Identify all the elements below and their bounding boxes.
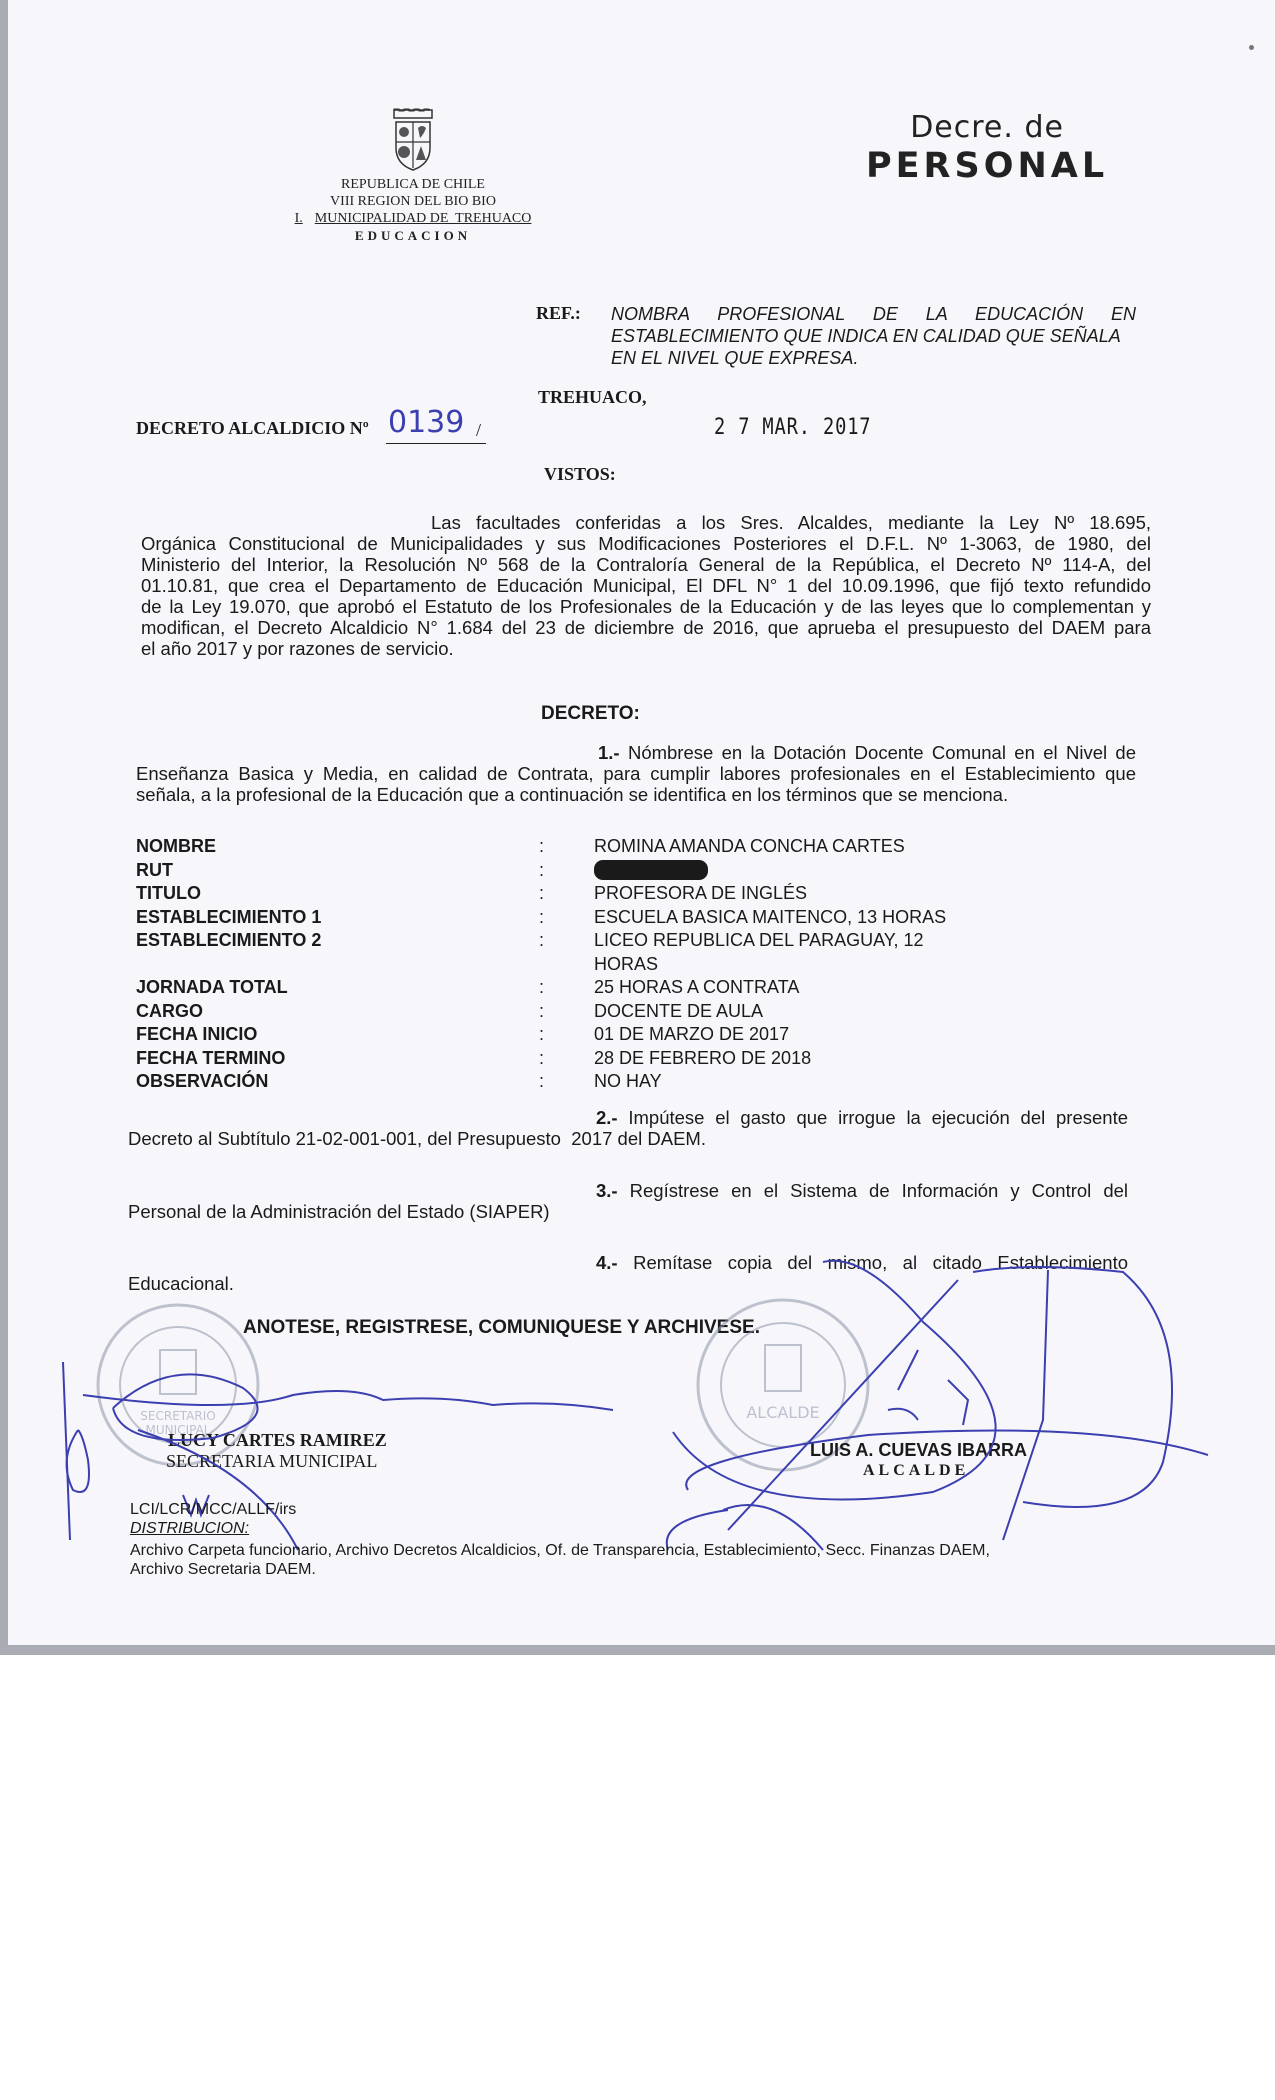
municipality-name: MUNICIPALIDAD DE TREHUACO: [315, 211, 532, 226]
field-label: NOMBRE: [136, 835, 539, 859]
item-1-number: 1.-: [598, 742, 620, 763]
vistos-line: Ministerio del Interior, la Resolución N…: [141, 554, 1151, 575]
field-value: ESCUELA BASICA MAITENCO, 13 HORAS: [594, 906, 956, 930]
field-value: 28 DE FEBRERO DE 2018: [594, 1047, 956, 1071]
item-3-line: Personal de la Administración del Estado…: [128, 1201, 1128, 1222]
decree-label: DECRETO ALCALDICIO Nº: [136, 418, 369, 439]
field-label: FECHA INICIO: [136, 1023, 539, 1047]
vistos-heading: VISTOS:: [544, 464, 616, 485]
field-row-establecimiento-2: ESTABLECIMIENTO 2 : LICEO REPUBLICA DEL …: [136, 929, 956, 976]
item-4-line: Educacional.: [128, 1273, 1128, 1294]
distribution-heading: DISTRIBUCION:: [130, 1519, 1130, 1538]
field-colon: :: [539, 1047, 594, 1071]
stamp-line-1: Decre. de: [866, 110, 1108, 146]
field-value: DOCENTE DE AULA: [594, 1000, 956, 1024]
item-1-paragraph: 1.- Nómbrese en la Dotación Docente Comu…: [136, 742, 1136, 805]
ref-text: NOMBRA PROFESIONAL DE LA EDUCACIÓN EN ES…: [611, 303, 1136, 369]
signatures-layer: [8, 0, 1275, 1645]
field-colon: :: [539, 835, 594, 859]
field-colon: :: [539, 976, 594, 1000]
country-label: REPUBLICA DE CHILE: [263, 176, 563, 193]
vistos-line: modifican, el Decreto Alcaldicio N° 1.68…: [141, 617, 1151, 638]
place-label: TREHUACO,: [538, 387, 647, 408]
mayor-name: LUIS A. CUEVAS IBARRA: [810, 1440, 1027, 1461]
item-4-number: 4.-: [596, 1252, 618, 1273]
item-1-line: Nómbrese en la Dotación Docente Comunal …: [628, 742, 1136, 763]
letterhead: REPUBLICA DE CHILE VIII REGION DEL BIO B…: [263, 108, 563, 244]
initials: LCI/LCR/MCC/ALLF/irs: [130, 1500, 1130, 1519]
field-colon: :: [539, 906, 594, 930]
document-type-stamp: Decre. de PERSONAL: [866, 110, 1108, 186]
field-colon: :: [539, 859, 594, 883]
field-label: FECHA TERMINO: [136, 1047, 539, 1071]
field-row-titulo: TITULO : PROFESORA DE INGLÉS: [136, 882, 956, 906]
distribution-line: Archivo Secretaria DAEM.: [130, 1560, 1130, 1579]
field-value: ROMINA AMANDA CONCHA CARTES: [594, 835, 956, 859]
item-3-paragraph: 3.- Regístrese en el Sistema de Informac…: [128, 1180, 1128, 1222]
svg-text:ALCALDE: ALCALDE: [746, 1403, 819, 1422]
field-label: CARGO: [136, 1000, 539, 1024]
ref-label: REF.:: [536, 303, 581, 324]
field-row-fecha-inicio: FECHA INICIO : 01 DE MARZO DE 2017: [136, 1023, 956, 1047]
vistos-line: de la Ley 19.070, que aprobó el Estatuto…: [141, 596, 1151, 617]
document-page: REPUBLICA DE CHILE VIII REGION DEL BIO B…: [8, 0, 1275, 1645]
field-colon: :: [539, 1070, 594, 1094]
field-colon: :: [539, 929, 594, 976]
ref-line: EN EL NIVEL QUE EXPRESA.: [611, 347, 1136, 369]
secretary-title: SECRETARIA MUNICIPAL: [166, 1451, 377, 1472]
field-label: ESTABLECIMIENTO 1: [136, 906, 539, 930]
scan-speck: [1249, 45, 1254, 50]
decreto-heading: DECRETO:: [541, 703, 640, 725]
item-1-line: Enseñanza Basica y Media, en calidad de …: [136, 763, 1136, 784]
coat-of-arms-icon: [388, 108, 438, 172]
item-2-line: Decreto al Subtítulo 21-02-001-001, del …: [128, 1128, 1128, 1149]
item-3-number: 3.-: [596, 1180, 618, 1201]
vistos-line: el año 2017 y por razones de servicio.: [141, 638, 1151, 659]
closing-statement: ANOTESE, REGISTRESE, COMUNIQUESE Y ARCHI…: [243, 1317, 760, 1339]
field-colon: :: [539, 1000, 594, 1024]
field-value: 25 HORAS A CONTRATA: [594, 976, 956, 1000]
date-stamp: 2 7 MAR. 2017: [714, 415, 871, 440]
field-value: 01 DE MARZO DE 2017: [594, 1023, 956, 1047]
seal-text: SECRETARIO: [140, 1409, 215, 1423]
secretary-name: LUCY CARTES RAMIREZ: [168, 1430, 387, 1451]
field-label: OBSERVACIÓN: [136, 1070, 539, 1094]
department-label: EDUCACION: [263, 227, 563, 244]
ref-line: NOMBRA PROFESIONAL DE LA EDUCACIÓN EN: [611, 303, 1136, 325]
mayor-title: ALCALDE: [863, 1462, 969, 1480]
field-colon: :: [539, 882, 594, 906]
vistos-line: Orgánica Constitucional de Municipalidad…: [141, 533, 1151, 554]
decree-number-handwritten: 0139: [388, 405, 464, 440]
vistos-line: Las facultades conferidas a los Sres. Al…: [431, 512, 1151, 533]
distribution-line: Archivo Carpeta funcionario, Archivo Dec…: [130, 1541, 1130, 1560]
item-4-line: Remítase copia del mismo, al citado Esta…: [633, 1252, 1128, 1273]
item-1-line: señala, a la profesional de la Educación…: [136, 784, 1136, 805]
vistos-paragraph: Las facultades conferidas a los Sres. Al…: [141, 512, 1151, 659]
field-row-jornada-total: JORNADA TOTAL : 25 HORAS A CONTRATA: [136, 976, 956, 1000]
appointee-fields: NOMBRE : ROMINA AMANDA CONCHA CARTES RUT…: [136, 835, 956, 1094]
vistos-line: 01.10.81, que crea el Departamento de Ed…: [141, 575, 1151, 596]
redacted-rut-value: 17.637.363-6: [594, 860, 708, 880]
item-2-number: 2.-: [596, 1107, 618, 1128]
field-row-establecimiento-1: ESTABLECIMIENTO 1 : ESCUELA BASICA MAITE…: [136, 906, 956, 930]
field-colon: :: [539, 1023, 594, 1047]
municipality-prefix: I.: [295, 211, 303, 226]
municipality-label: I.MUNICIPALIDAD DE TREHUACO: [263, 210, 563, 227]
ref-line: ESTABLECIMIENTO QUE INDICA EN CALIDAD QU…: [611, 325, 1136, 347]
item-3-line: Regístrese en el Sistema de Información …: [630, 1180, 1128, 1201]
field-value: NO HAY: [594, 1070, 956, 1094]
seals-layer: SECRETARIO MUNICIPAL ALCALDE: [8, 0, 1275, 1645]
stamp-line-2: PERSONAL: [866, 146, 1108, 186]
field-value: PROFESORA DE INGLÉS: [594, 882, 956, 906]
item-2-line: Impútese el gasto que irrogue la ejecuci…: [628, 1107, 1128, 1128]
field-row-cargo: CARGO : DOCENTE DE AULA: [136, 1000, 956, 1024]
field-row-nombre: NOMBRE : ROMINA AMANDA CONCHA CARTES: [136, 835, 956, 859]
field-label: JORNADA TOTAL: [136, 976, 539, 1000]
decree-suffix: /: [476, 420, 481, 441]
field-label: TITULO: [136, 882, 539, 906]
field-label: ESTABLECIMIENTO 2: [136, 929, 539, 976]
footer: LCI/LCR/MCC/ALLF/irs DISTRIBUCION: Archi…: [130, 1500, 1130, 1579]
field-label: RUT: [136, 859, 539, 883]
field-value: LICEO REPUBLICA DEL PARAGUAY, 12 HORAS: [594, 929, 956, 976]
item-2-paragraph: 2.- Impútese el gasto que irrogue la eje…: [128, 1107, 1128, 1149]
field-row-fecha-termino: FECHA TERMINO : 28 DE FEBRERO DE 2018: [136, 1047, 956, 1071]
region-label: VIII REGION DEL BIO BIO: [263, 193, 563, 210]
field-row-observacion: OBSERVACIÓN : NO HAY: [136, 1070, 956, 1094]
decree-number-line: 0139: [386, 405, 486, 444]
item-4-paragraph: 4.- Remítase copia del mismo, al citado …: [128, 1252, 1128, 1294]
field-row-rut: RUT : 17.637.363-6: [136, 859, 956, 883]
